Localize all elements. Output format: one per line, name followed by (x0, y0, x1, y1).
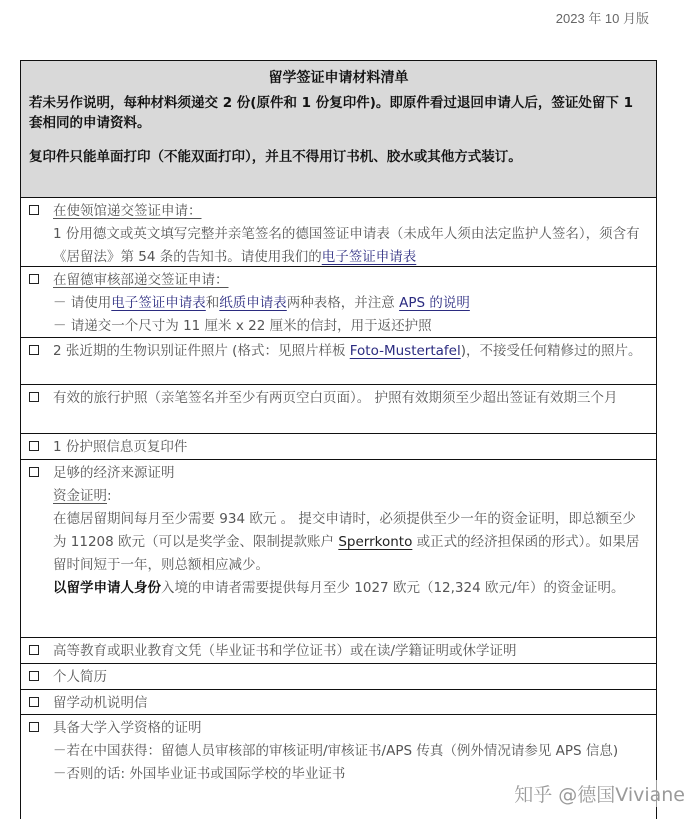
link-e-visa-form[interactable]: 电子签证申请表 (322, 249, 417, 265)
item-heading: 在留德审核部递交签证申请： (53, 272, 229, 288)
checklist-item-passport: 有效的旅行护照（亲笔签名并至少有两页空白页面）。 护照有效期须至少超出签证有效期… (21, 384, 656, 433)
item-text: 有效的旅行护照（亲笔签名并至少有两页空白页面）。 护照有效期须至少超出签证有效期… (53, 390, 618, 406)
item-text: － 请递交一个尺寸为 11 厘米 x 22 厘米的信封，用于返还护照 (53, 315, 650, 338)
item-text: 和 (206, 295, 220, 311)
checklist-item-aps-application: 在留德审核部递交签证申请： － 请使用电子签证申请表和纸质申请表两种表格，并注意… (21, 266, 656, 337)
item-subheading: 资金证明 (53, 488, 107, 504)
checkbox[interactable] (29, 441, 39, 451)
checkbox[interactable] (29, 671, 39, 681)
checkbox[interactable] (29, 722, 39, 732)
checkbox[interactable] (29, 274, 39, 284)
item-text: － 请使用 (53, 295, 111, 311)
item-heading: 足够的经济来源证明 (53, 462, 650, 485)
header-note-copies: 若未另作说明，每种材料须递交 2 份(原件和 1 份复印件)。即原件看过退回申请… (29, 93, 648, 133)
link-foto-mustertafel[interactable]: Foto-Mustertafel (350, 343, 461, 359)
checkbox[interactable] (29, 645, 39, 655)
checklist-item-cv: 个人简历 (21, 663, 656, 689)
page-title: 留学签证申请材料清单 (29, 61, 648, 91)
item-bold-text: 以留学申请人身份 (53, 580, 161, 596)
item-text: 留学动机说明信 (53, 695, 148, 711)
item-text: 2 张近期的生物识别证件照片 (格式：见照片样板 (53, 343, 350, 359)
item-text: 个人简历 (53, 669, 107, 685)
table-header: 留学签证申请材料清单 若未另作说明，每种材料须递交 2 份(原件和 1 份复印件… (21, 61, 656, 197)
checklist-item-photos: 2 张近期的生物识别证件照片 (格式：见照片样板 Foto-Mustertafe… (21, 337, 656, 384)
item-text: 入境的申请者需要提供每月至少 1027 欧元（12,324 欧元/年）的资金证明… (161, 580, 625, 596)
link-aps-info[interactable]: APS 的说明 (399, 295, 470, 311)
header-note-printing: 复印件只能单面打印（不能双面打印），并且不得用订书机、胶水或其他方式装订。 (29, 147, 648, 167)
checkbox[interactable] (29, 697, 39, 707)
item-text: －若在中国获得：留德人员审核部的审核证明/审核证书/APS 传真（例外情况请参见… (53, 740, 650, 763)
item-subheading-colon: : (107, 488, 112, 504)
link-paper-form[interactable]: 纸质申请表 (219, 295, 287, 311)
checklist-item-passport-copy: 1 份护照信息页复印件 (21, 433, 656, 459)
checklist-item-motivation-letter: 留学动机说明信 (21, 689, 656, 714)
item-text: 两种表格，并注意 (287, 295, 399, 311)
checkbox[interactable] (29, 345, 39, 355)
item-heading: 具备大学入学资格的证明 (53, 717, 650, 740)
watermark: 知乎 @德国Viviane (510, 780, 685, 807)
version-label: 2023 年 10 月版 (556, 8, 649, 27)
checklist-table: 留学签证申请材料清单 若未另作说明，每种材料须递交 2 份(原件和 1 份复印件… (20, 60, 657, 819)
checkbox[interactable] (29, 392, 39, 402)
checklist-item-diplomas: 高等教育或职业教育文凭（毕业证书和学位证书）或在读/学籍证明或休学证明 (21, 637, 656, 663)
checklist-item-financial-proof: 足够的经济来源证明 资金证明: 在德居留期间每月至少需要 934 欧元 。 提交… (21, 459, 656, 637)
item-text: 高等教育或职业教育文凭（毕业证书和学位证书）或在读/学籍证明或休学证明 (53, 643, 517, 659)
link-sperrkonto[interactable]: Sperrkonto (338, 534, 412, 550)
checklist-item-embassy-application: 在使领馆递交签证申请： 1 份用德文或英文填写完整并亲笔签名的德国签证申请表（未… (21, 197, 656, 266)
item-heading: 在使领馆递交签证申请： (53, 203, 202, 219)
checkbox[interactable] (29, 467, 39, 477)
checkbox[interactable] (29, 205, 39, 215)
link-e-visa-form[interactable]: 电子签证申请表 (111, 295, 206, 311)
item-text: 1 份护照信息页复印件 (53, 439, 187, 455)
item-text: )，不接受任何精修过的照片。 (461, 343, 642, 359)
